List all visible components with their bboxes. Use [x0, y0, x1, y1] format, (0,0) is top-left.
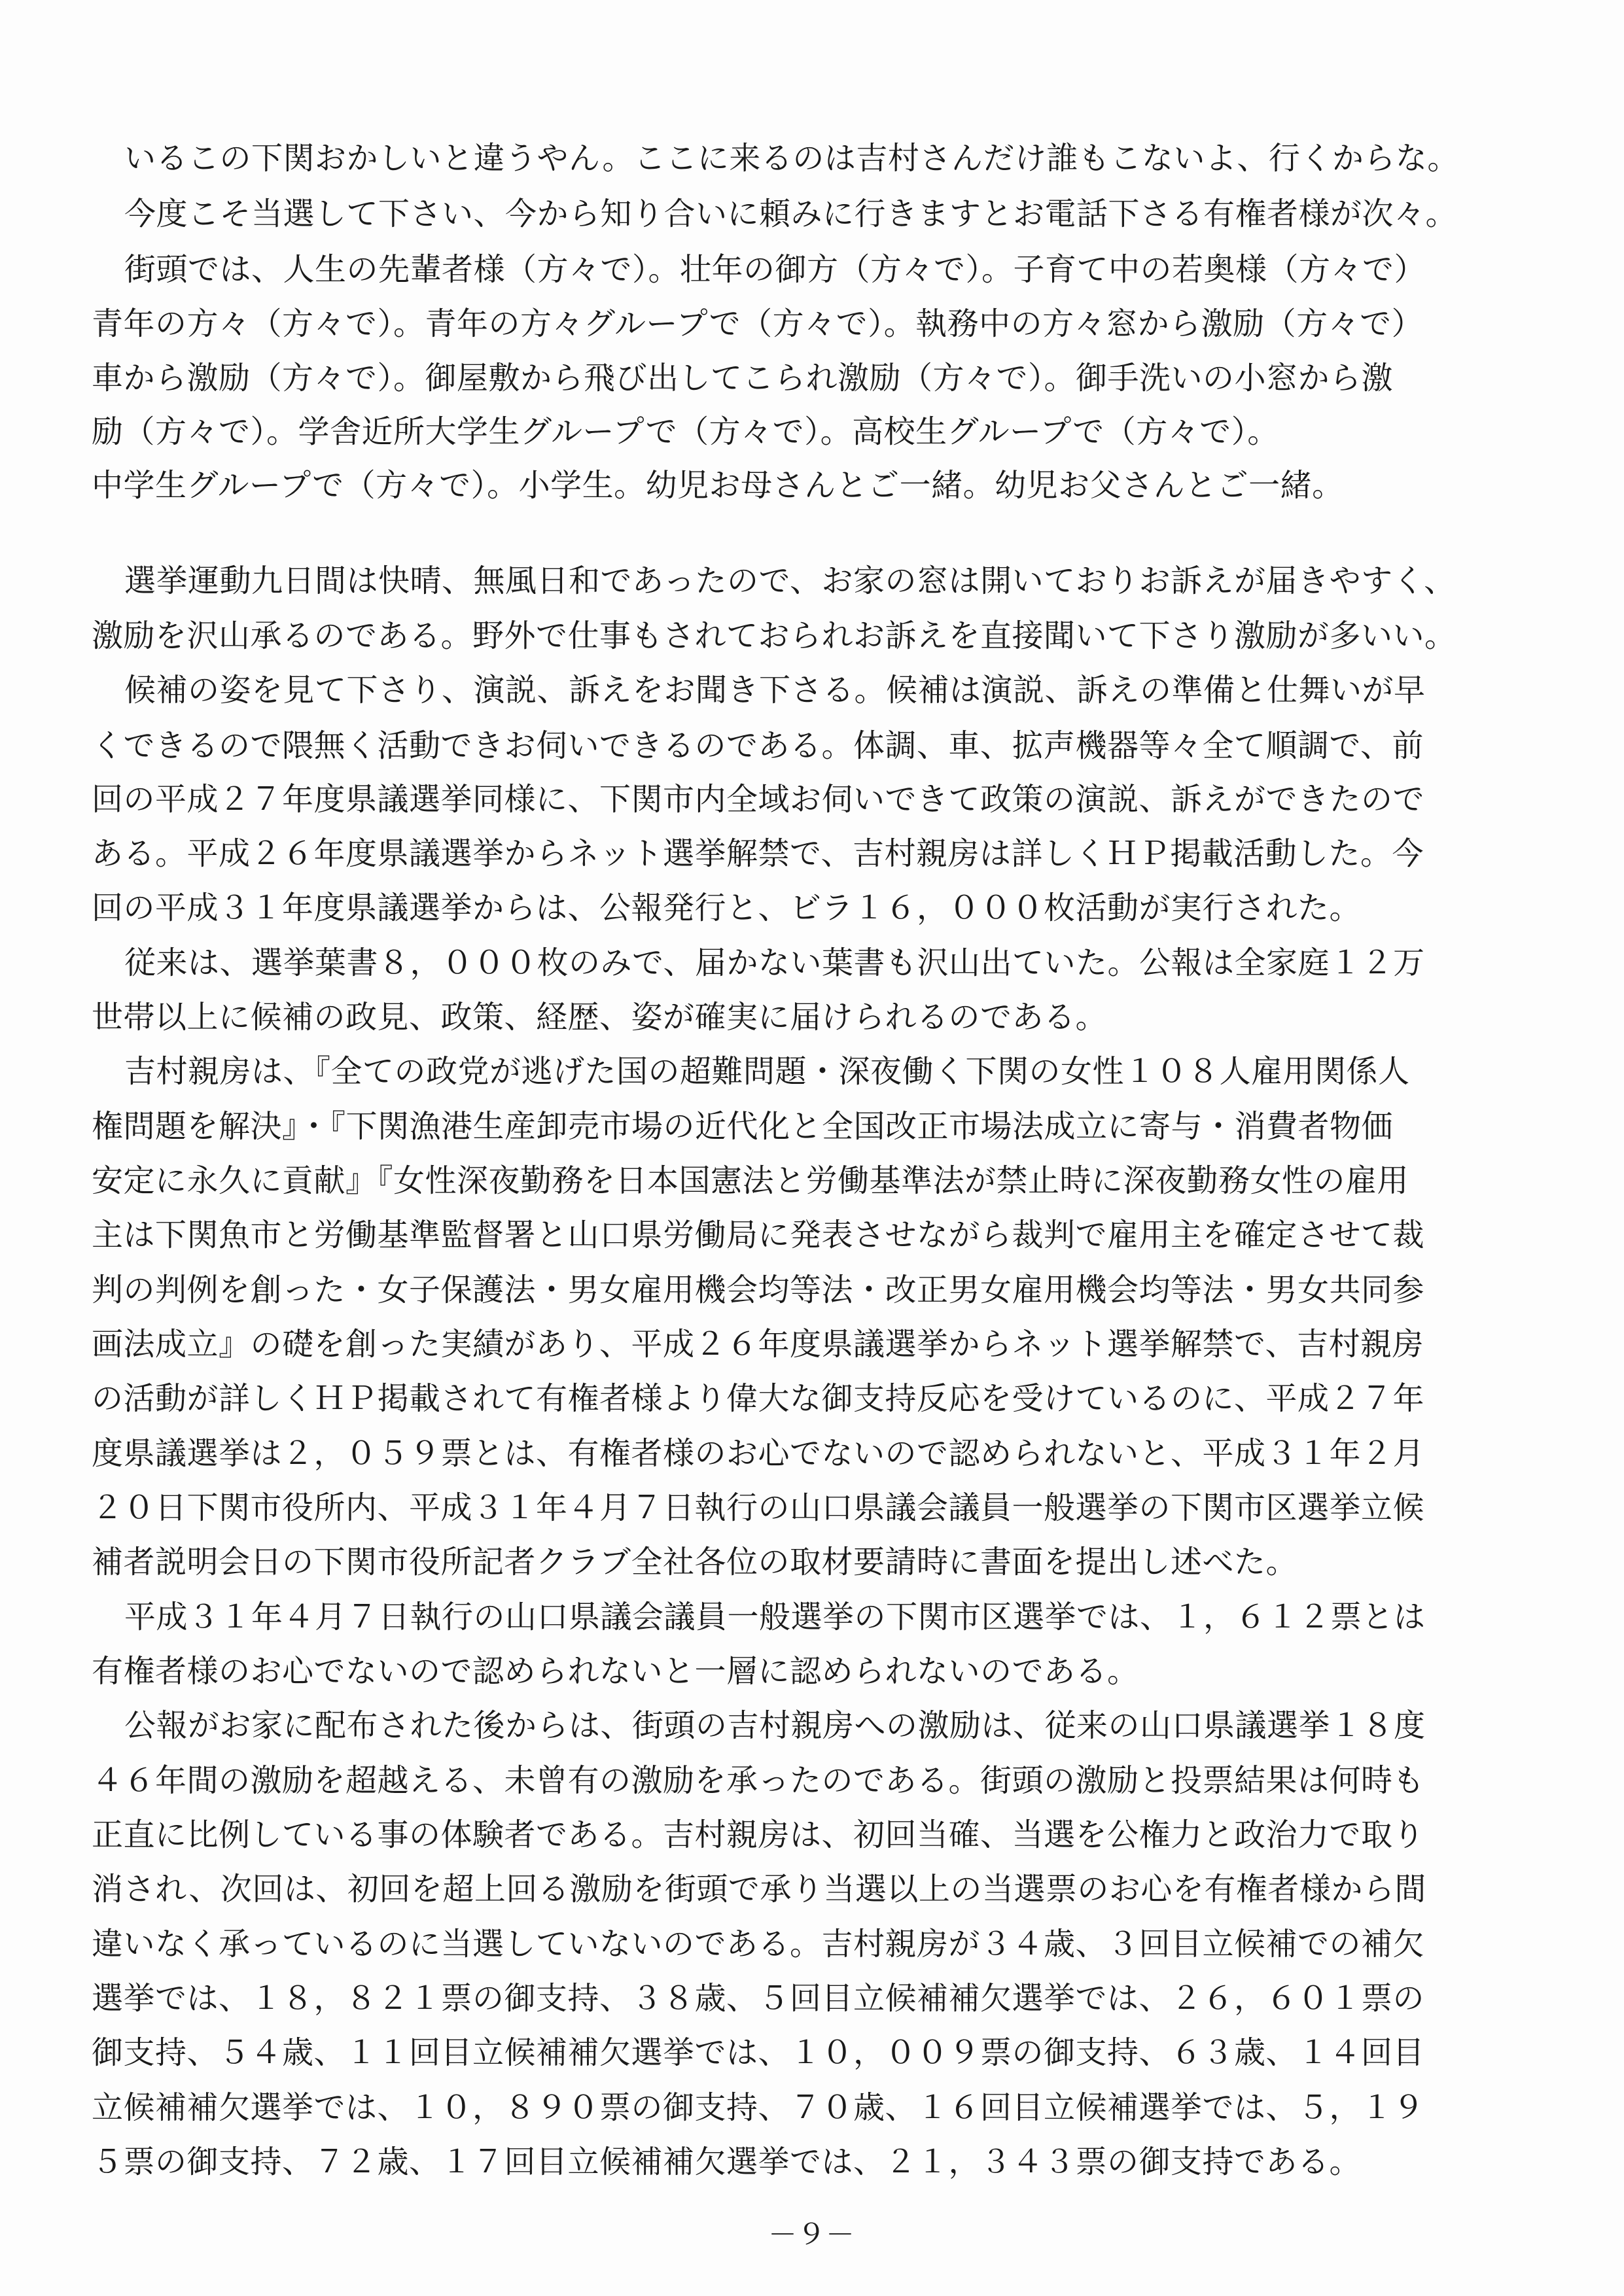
- text-line: 度県議選挙は２，０５９票とは、有権者様のお心でないので認められないと、平成３１年…: [92, 1434, 1544, 1473]
- text-line: の活動が詳しくＨＰ掲載されて有権者様より偉大な御支持反応を受けているのに、平成２…: [92, 1379, 1544, 1418]
- text-line: 車から激励（方々で）。御屋敷から飛び出してこられ激励（方々で）。御手洗いの小窓か…: [92, 358, 1544, 398]
- text-line: 従来は、選挙葉書８，０００枚のみで、届かない葉書も沢山出ていた。公報は全家庭１２…: [124, 943, 1577, 983]
- text-line: 中学生グループで（方々で）。小学生。幼児お母さんとご一緒。幼児お父さんとご一緒。: [92, 466, 1544, 505]
- text-line: 正直に比例している事の体験者である。吉村親房は、初回当確、当選を公権力と政治力で…: [92, 1815, 1544, 1854]
- text-line: ある。平成２６年度県議選挙からネット選挙解禁で、吉村親房は詳しくＨＰ掲載活動した…: [92, 834, 1544, 873]
- text-line: 回の平成３１年度県議選挙からは、公報発行と、ビラ１６，０００枚活動が実行された。: [92, 888, 1544, 928]
- text-line: 御支持、５４歳、１１回目立候補補欠選挙では、１０，００９票の御支持、６３歳、１４…: [92, 2033, 1544, 2072]
- text-line: 今度こそ当選して下さい、今から知り合いに頼みに行きますとお電話下さる有権者様が次…: [124, 194, 1577, 234]
- text-line: 消され、次回は、初回を超上回る激励を街頭で承り当選以上の当選票のお心を有権者様か…: [92, 1870, 1544, 1909]
- text-line: 青年の方々（方々で）。青年の方々グループで（方々で）。執務中の方々窓から激励（方…: [92, 304, 1544, 343]
- text-line: 公報がお家に配布された後からは、街頭の吉村親房への激励は、従来の山口県議選挙１８…: [124, 1706, 1577, 1745]
- text-line: 候補の姿を見て下さり、演説、訴えをお聞き下さる。候補は演説、訴えの準備と仕舞いが…: [124, 670, 1577, 710]
- text-line: 回の平成２７年度県議選挙同様に、下関市内全域お伺いできて政策の演説、訴えができた…: [92, 780, 1544, 819]
- text-line: 権問題を解決』・『下関漁港生産卸売市場の近代化と全国改正市場法成立に寄与・消費者…: [92, 1107, 1544, 1146]
- text-line: ５票の御支持、７２歳、１７回目立候補補欠選挙では、２１，３４３票の御支持である。: [92, 2142, 1544, 2182]
- text-line: 補者説明会日の下関市役所記者クラブ全社各位の取材要請時に書面を提出し述べた。: [92, 1542, 1544, 1582]
- text-line: 画法成立』の礎を創った実績があり、平成２６年度県議選挙からネット選挙解禁で、吉村…: [92, 1325, 1544, 1364]
- text-line: 違いなく承っているのに当選していないのである。吉村親房が３４歳、３回目立候補での…: [92, 1924, 1544, 1964]
- text-line: ４６年間の激励を超越える、未曾有の激励を承ったのである。街頭の激励と投票結果は何…: [92, 1761, 1544, 1800]
- text-line: 判の判例を創った・女子保護法・男女雇用機会均等法・改正男女雇用機会均等法・男女共…: [92, 1270, 1544, 1310]
- text-line: 立候補補欠選挙では、１０，８９０票の御支持、７０歳、１６回目立候補選挙では、５，…: [92, 2088, 1544, 2127]
- text-line: ２０日下関市役所内、平成３１年４月７日執行の山口県議会議員一般選挙の下関市区選挙…: [92, 1488, 1544, 1527]
- text-line: 激励を沢山承るのである。野外で仕事もされておられお訴えを直接聞いて下さり激励が多…: [92, 616, 1544, 655]
- text-line: 有権者様のお心でないので認められないと一層に認められないのである。: [92, 1652, 1544, 1691]
- text-line: くできるので隈無く活動できお伺いできるのである。体調、車、拡声機器等々全て順調で…: [92, 726, 1544, 765]
- text-line: 世帯以上に候補の政見、政策、経歴、姿が確実に届けられるのである。: [92, 998, 1544, 1037]
- text-line: 吉村親房は、『全ての政党が逃げた国の超難問題・深夜働く下関の女性１０８人雇用関係…: [124, 1052, 1577, 1091]
- text-line: 安定に永久に貢献』『女性深夜勤務を日本国憲法と労働基準法が禁止時に深夜勤務女性の…: [92, 1161, 1544, 1200]
- text-line: 選挙運動九日間は快晴、無風日和であったので、お家の窓は開いておりお訴えが届きやす…: [124, 561, 1577, 600]
- text-line: 街頭では、人生の先輩者様（方々で）。壮年の御方（方々で）。子育て中の若奥様（方々…: [124, 250, 1577, 289]
- page-number: －９－: [746, 2211, 877, 2253]
- text-line: 平成３１年４月７日執行の山口県議会議員一般選挙の下関市区選挙では、１，６１２票と…: [124, 1597, 1577, 1637]
- text-line: いるこの下関おかしいと違うやん。ここに来るのは吉村さんだけ誰もこないよ、行くから…: [124, 139, 1577, 178]
- text-line: 励（方々で）。学舎近所大学生グループで（方々で）。高校生グループで（方々で）。: [92, 412, 1544, 451]
- document-page: いるこの下関おかしいと違うやん。ここに来るのは吉村さんだけ誰もこないよ、行くから…: [0, 0, 1624, 2296]
- text-line: 主は下関魚市と労働基準監督署と山口県労働局に発表させながら裁判で雇用主を確定させ…: [92, 1215, 1544, 1255]
- text-line: 選挙では、１８，８２１票の御支持、３８歳、５回目立候補補欠選挙では、２６，６０１…: [92, 1979, 1544, 2018]
